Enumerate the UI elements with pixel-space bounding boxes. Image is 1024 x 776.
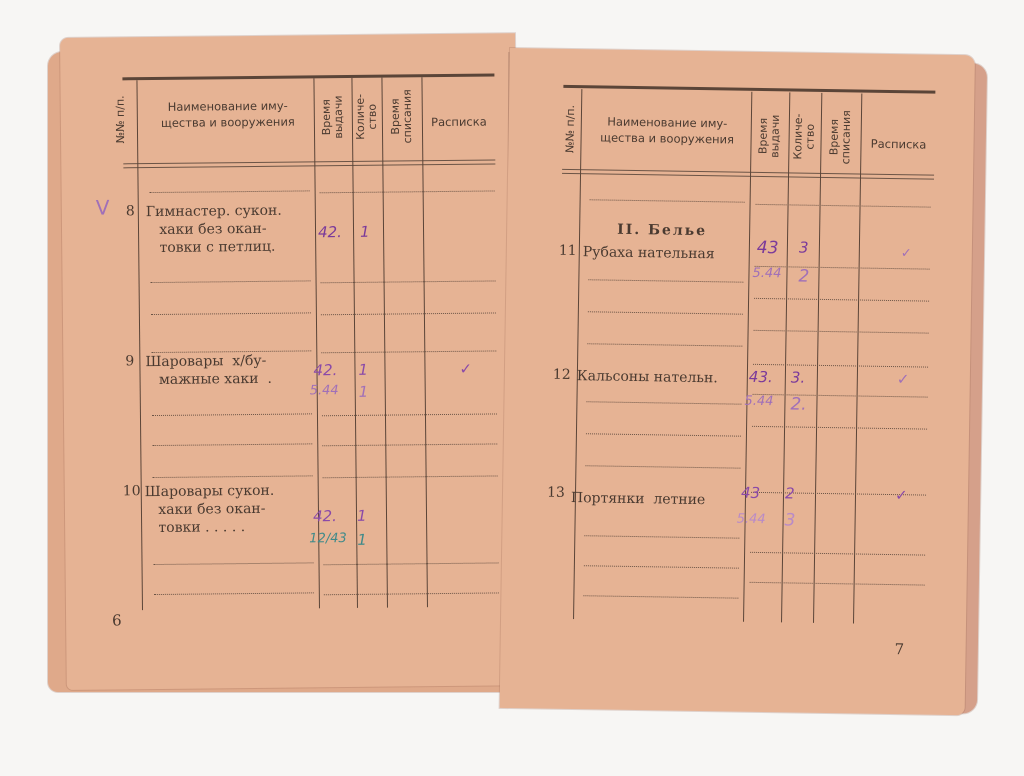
page-number: 6 (112, 611, 122, 629)
section-title: II. Белье (617, 222, 707, 239)
row-number: 10 (123, 483, 141, 499)
column-rule (381, 78, 388, 608)
column-rule (136, 80, 143, 610)
header-item-name: Наименование иму- щества и вооружения (143, 97, 313, 131)
header-bottom-rule-2 (123, 163, 495, 168)
row-number: 8 (126, 203, 135, 219)
issue-date: 43 (757, 238, 779, 258)
header-issue-time: Время выдачи (321, 87, 346, 147)
header-quantity: Количе- ство (355, 87, 380, 147)
column-rule (351, 78, 358, 608)
issue-date: 5.44 (752, 266, 781, 281)
quantity: 3 (799, 239, 809, 257)
column-rule (313, 78, 320, 608)
header-writeoff-time: Время списания (828, 107, 853, 167)
receipt-check-mark: ✓ (459, 360, 472, 378)
margin-check-mark: V (96, 195, 110, 219)
header-top-rule (563, 85, 935, 94)
quantity: 2 (785, 484, 795, 502)
quantity: 1 (357, 531, 367, 549)
issue-date: 5.44 (744, 394, 773, 409)
quantity: 1 (359, 383, 369, 401)
item-name: Рубаха нательная (583, 243, 715, 263)
issue-date: 42. (313, 507, 337, 525)
header-quantity: Количе- ство (792, 106, 817, 166)
receipt-check-mark: ✓ (901, 246, 912, 261)
issue-date: 5.44 (737, 512, 766, 527)
header-receipt: Расписка (423, 113, 495, 130)
issue-date: 43 (741, 484, 760, 502)
quantity: 3 (784, 510, 795, 530)
issue-date: 5.44 (310, 383, 339, 398)
issue-date: 42. (313, 361, 337, 379)
right-page: №№ п/п. Наименование иму- щества и воору… (500, 48, 975, 715)
header-receipt: Расписка (862, 136, 934, 153)
issue-date: 12/43 (309, 531, 347, 546)
row-number: 9 (125, 353, 134, 369)
header-top-rule (122, 73, 494, 80)
header-item-name: Наименование иму- щества и вооружения (584, 113, 749, 148)
left-page: №№ п/п. Наименование иму- щества и воору… (60, 33, 522, 690)
header-issue-time: Время выдачи (757, 106, 782, 166)
row-number: 12 (553, 367, 571, 383)
quantity: 1 (357, 507, 367, 525)
item-name: Шаровары х/бу- мажные хаки . (145, 352, 272, 389)
issue-date: 43. (749, 368, 773, 386)
item-name: Шаровары сукон. хаки без окан- товки . .… (145, 482, 275, 537)
row-number: 13 (547, 485, 565, 501)
receipt-check-mark: ✓ (897, 370, 910, 388)
page-number: 7 (894, 640, 904, 658)
quantity: 1 (360, 223, 370, 241)
quantity: 2. (790, 394, 807, 414)
column-rule (421, 77, 428, 607)
receipt-check-mark: ✓ (895, 486, 908, 504)
item-name: Гимнастер. сукон. хаки без окан- товки с… (146, 202, 283, 257)
header-num: №№ п/п. (564, 99, 577, 159)
quantity: 2 (798, 267, 809, 287)
quantity: 3. (791, 368, 806, 386)
header-num: №№ п/п. (115, 89, 128, 149)
item-name: Портянки летние (571, 489, 706, 509)
quantity: 1 (358, 361, 368, 379)
issue-date: 42. (318, 223, 342, 241)
row-number: 11 (559, 243, 577, 259)
item-name: Кальсоны нательн. (577, 367, 718, 387)
header-writeoff-time: Время списания (390, 86, 415, 146)
